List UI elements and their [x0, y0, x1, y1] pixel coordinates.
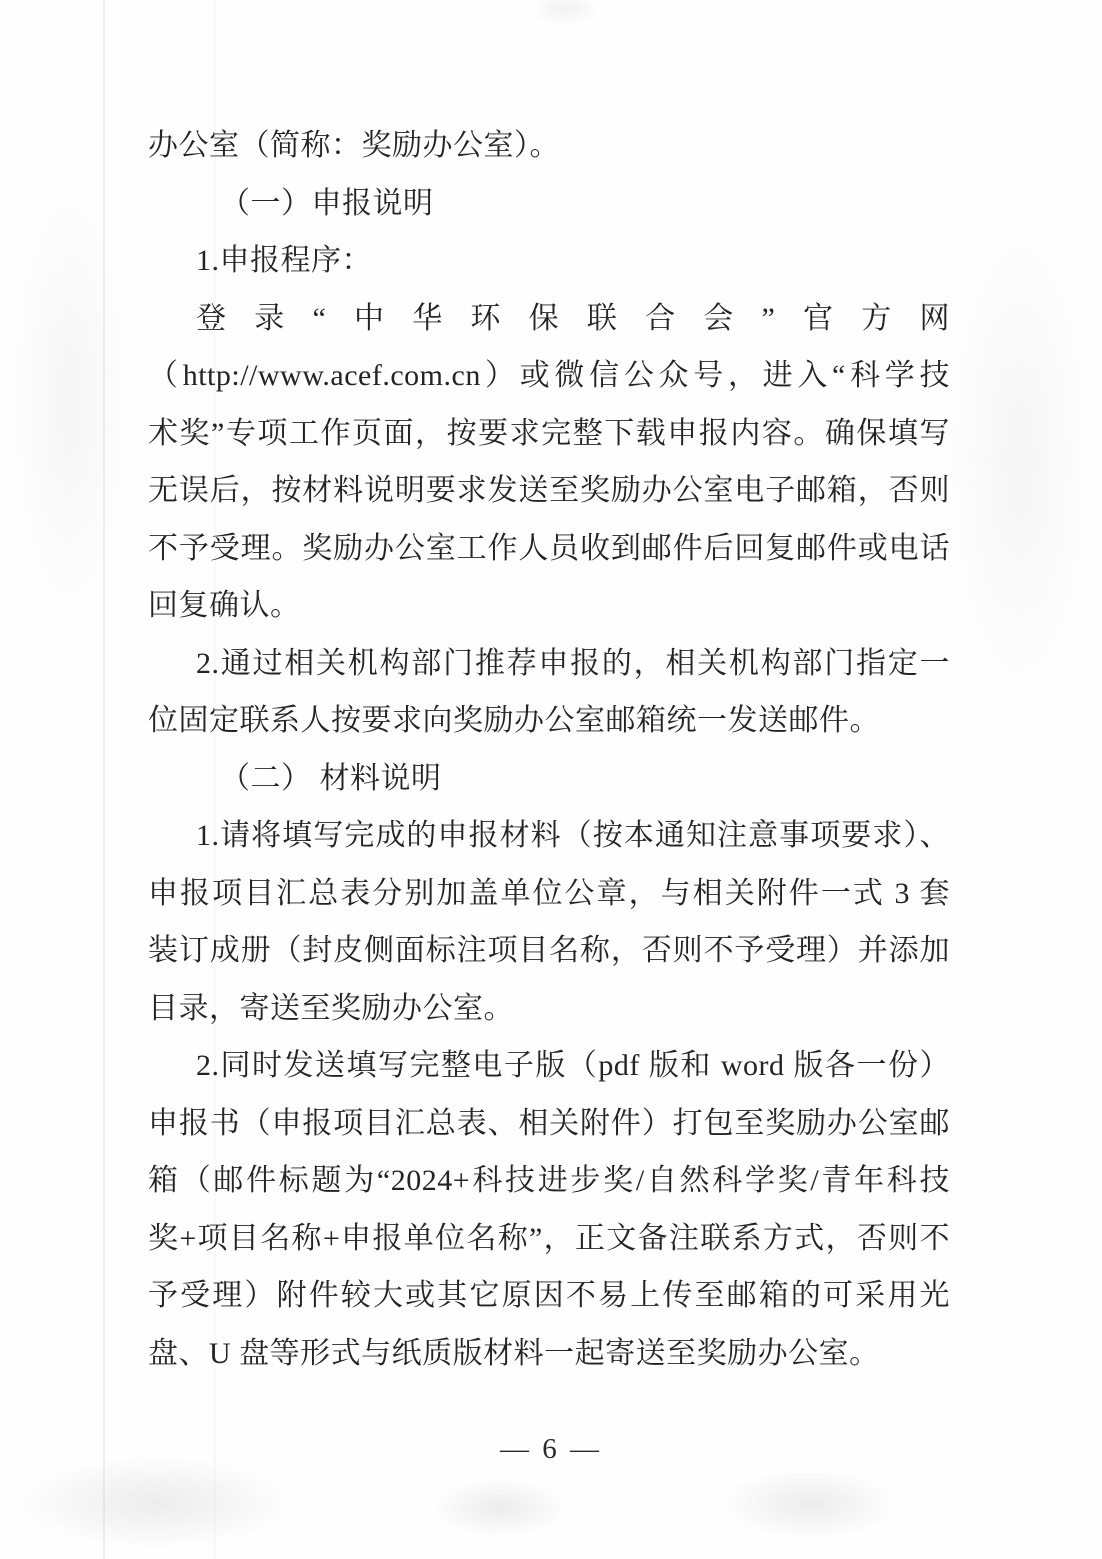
text-line: 2.通过相关机构部门推荐申报的，相关机构部门指定一 [148, 635, 950, 693]
text-line: 办公室（简称：奖励办公室）。 [148, 117, 950, 175]
text-line: 1.申报程序： [148, 232, 950, 290]
scan-artifact [10, 170, 130, 630]
text-line: 不予受理。奖励办公室工作人员收到邮件后回复邮件或电话 [148, 520, 950, 578]
scan-artifact [945, 210, 1095, 710]
text-line: 无误后，按材料说明要求发送至奖励办公室电子邮箱，否则 [148, 462, 950, 520]
text-line: 箱（邮件标题为“2024+科技进步奖/自然科学奖/青年科技 [148, 1152, 950, 1210]
scan-artifact [430, 1478, 570, 1538]
document-body: 办公室（简称：奖励办公室）。 （一）申报说明 1.申报程序： 登录“中华环保联合… [148, 117, 950, 1382]
scanned-document-page: { "colors": { "ink": "#242424", "paper":… [0, 0, 1102, 1559]
text-line: 予受理）附件较大或其它原因不易上传至邮箱的可采用光 [148, 1267, 950, 1325]
page-number: — 6 — [0, 1432, 1102, 1466]
text-line: 登录“中华环保联合会”官方网 [148, 290, 950, 348]
text-line: 申报项目汇总表分别加盖单位公章，与相关附件一式 3 套 [148, 865, 950, 923]
text-line: 2.同时发送填写完整电子版（pdf 版和 word 版各一份） [148, 1037, 950, 1095]
scan-artifact [15, 1455, 295, 1550]
text-line: （http://www.acef.com.cn）或微信公众号，进入“科学技 [148, 347, 950, 405]
scan-artifact [720, 1468, 900, 1540]
text-line: 位固定联系人按要求向奖励办公室邮箱统一发送邮件。 [148, 692, 950, 750]
text-line: 术奖”专项工作页面，按要求完整下载申报内容。确保填写 [148, 405, 950, 463]
text-line: 回复确认。 [148, 577, 950, 635]
text-line: 装订成册（封皮侧面标注项目名称，否则不予受理）并添加 [148, 922, 950, 980]
text-line: 目录，寄送至奖励办公室。 [148, 980, 950, 1038]
section-heading: （二） 材料说明 [148, 750, 950, 808]
text-line: 盘、U 盘等形式与纸质版材料一起寄送至奖励办公室。 [148, 1325, 950, 1383]
scan-artifact [530, 0, 600, 26]
text-line: 1.请将填写完成的申报材料（按本通知注意事项要求）、 [148, 807, 950, 865]
scan-artifact [103, 0, 105, 1559]
section-heading: （一）申报说明 [148, 175, 950, 233]
text-line: 申报书（申报项目汇总表、相关附件）打包至奖励办公室邮 [148, 1095, 950, 1153]
text-line: 奖+项目名称+申报单位名称”，正文备注联系方式，否则不 [148, 1210, 950, 1268]
